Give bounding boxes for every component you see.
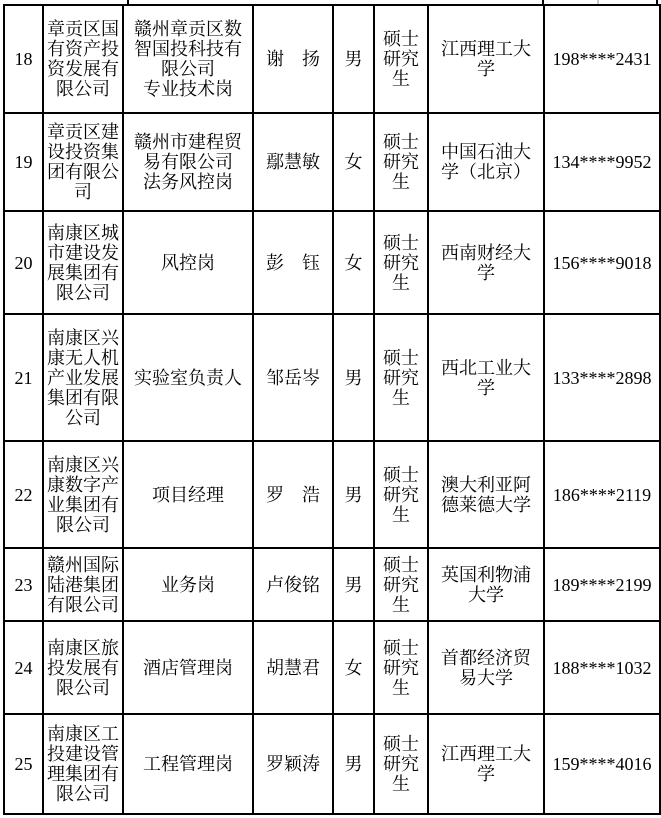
cell-phone: 189****2199 <box>544 548 660 621</box>
cell-name: 鄢慧敏 <box>253 113 333 211</box>
cell-name: 罗 浩 <box>253 441 333 548</box>
recruitment-roster-table: 18 章贡区国 有资产投 资发展有 限公司 赣州章贡区数 智国投科技有 限公司 … <box>3 4 661 815</box>
cell-gender: 男 <box>333 441 374 548</box>
cell-position: 实验室负责人 <box>123 314 253 441</box>
cell-position: 工程管理岗 <box>123 714 253 814</box>
cell-phone: 198****2431 <box>544 5 660 113</box>
cell-no: 20 <box>4 211 43 314</box>
cell-no: 19 <box>4 113 43 211</box>
cell-company: 南康区兴 康无人机 产业发展 集团有限 公司 <box>43 314 123 441</box>
cell-university: 西南财经大 学 <box>428 211 544 314</box>
table-row: 24 南康区旅 投发展有 限公司 酒店管理岗 胡慧君 女 硕士 研究 生 首都经… <box>4 621 660 714</box>
cell-name: 彭 钰 <box>253 211 333 314</box>
cell-company: 南康区工 投建设管 理集团有 限公司 <box>43 714 123 814</box>
cell-university: 澳大利亚阿 德莱德大学 <box>428 441 544 548</box>
cell-university: 中国石油大 学（北京） <box>428 113 544 211</box>
cell-name: 胡慧君 <box>253 621 333 714</box>
cell-company: 章贡区国 有资产投 资发展有 限公司 <box>43 5 123 113</box>
cell-company: 南康区城 市建设发 展集团有 限公司 <box>43 211 123 314</box>
cell-gender: 男 <box>333 714 374 814</box>
cell-phone: 134****9952 <box>544 113 660 211</box>
cell-position: 风控岗 <box>123 211 253 314</box>
cell-gender: 男 <box>333 5 374 113</box>
cell-no: 23 <box>4 548 43 621</box>
cell-position: 项目经理 <box>123 441 253 548</box>
table-row: 18 章贡区国 有资产投 资发展有 限公司 赣州章贡区数 智国投科技有 限公司 … <box>4 5 660 113</box>
cell-phone: 156****9018 <box>544 211 660 314</box>
cell-phone: 133****2898 <box>544 314 660 441</box>
cell-university: 首都经济贸 易大学 <box>428 621 544 714</box>
cell-phone: 159****4016 <box>544 714 660 814</box>
cell-company: 南康区旅 投发展有 限公司 <box>43 621 123 714</box>
cell-position: 赣州章贡区数 智国投科技有 限公司 专业技术岗 <box>123 5 253 113</box>
cell-education: 硕士 研究 生 <box>374 621 428 714</box>
cell-no: 18 <box>4 5 43 113</box>
cell-position: 业务岗 <box>123 548 253 621</box>
cell-education: 硕士 研究 生 <box>374 113 428 211</box>
cell-university: 英国利物浦 大学 <box>428 548 544 621</box>
table-row: 25 南康区工 投建设管 理集团有 限公司 工程管理岗 罗颖涛 男 硕士 研究 … <box>4 714 660 814</box>
table-row: 19 章贡区建 设投资集 团有限公 司 赣州市建程贸 易有限公司 法务风控岗 鄢… <box>4 113 660 211</box>
cell-gender: 女 <box>333 211 374 314</box>
cell-company: 赣州国际 陆港集团 有限公司 <box>43 548 123 621</box>
cell-education: 硕士 研究 生 <box>374 211 428 314</box>
cell-gender: 女 <box>333 113 374 211</box>
table-row: 23 赣州国际 陆港集团 有限公司 业务岗 卢俊铭 男 硕士 研究 生 英国利物… <box>4 548 660 621</box>
cell-name: 谢 扬 <box>253 5 333 113</box>
cell-position: 酒店管理岗 <box>123 621 253 714</box>
cell-name: 卢俊铭 <box>253 548 333 621</box>
cell-phone: 186****2119 <box>544 441 660 548</box>
cell-gender: 女 <box>333 621 374 714</box>
cell-education: 硕士 研究 生 <box>374 314 428 441</box>
cell-education: 硕士 研究 生 <box>374 5 428 113</box>
cell-position: 赣州市建程贸 易有限公司 法务风控岗 <box>123 113 253 211</box>
cell-no: 24 <box>4 621 43 714</box>
cell-company: 章贡区建 设投资集 团有限公 司 <box>43 113 123 211</box>
cell-name: 邹岳岑 <box>253 314 333 441</box>
page: { "page": { "background": "#ffffff", "gr… <box>0 0 661 818</box>
cell-no: 25 <box>4 714 43 814</box>
cell-no: 21 <box>4 314 43 441</box>
cell-university: 江西理工大 学 <box>428 714 544 814</box>
table-row: 20 南康区城 市建设发 展集团有 限公司 风控岗 彭 钰 女 硕士 研究 生 … <box>4 211 660 314</box>
cell-phone: 188****1032 <box>544 621 660 714</box>
table-row: 21 南康区兴 康无人机 产业发展 集团有限 公司 实验室负责人 邹岳岑 男 硕… <box>4 314 660 441</box>
table-row: 22 南康区兴 康数字产 业集团有 限公司 项目经理 罗 浩 男 硕士 研究 生… <box>4 441 660 548</box>
cell-education: 硕士 研究 生 <box>374 714 428 814</box>
cell-university: 西北工业大 学 <box>428 314 544 441</box>
cell-gender: 男 <box>333 314 374 441</box>
cell-name: 罗颖涛 <box>253 714 333 814</box>
cell-gender: 男 <box>333 548 374 621</box>
cell-university: 江西理工大 学 <box>428 5 544 113</box>
cell-education: 硕士 研究 生 <box>374 548 428 621</box>
cell-education: 硕士 研究 生 <box>374 441 428 548</box>
cell-no: 22 <box>4 441 43 548</box>
cell-company: 南康区兴 康数字产 业集团有 限公司 <box>43 441 123 548</box>
